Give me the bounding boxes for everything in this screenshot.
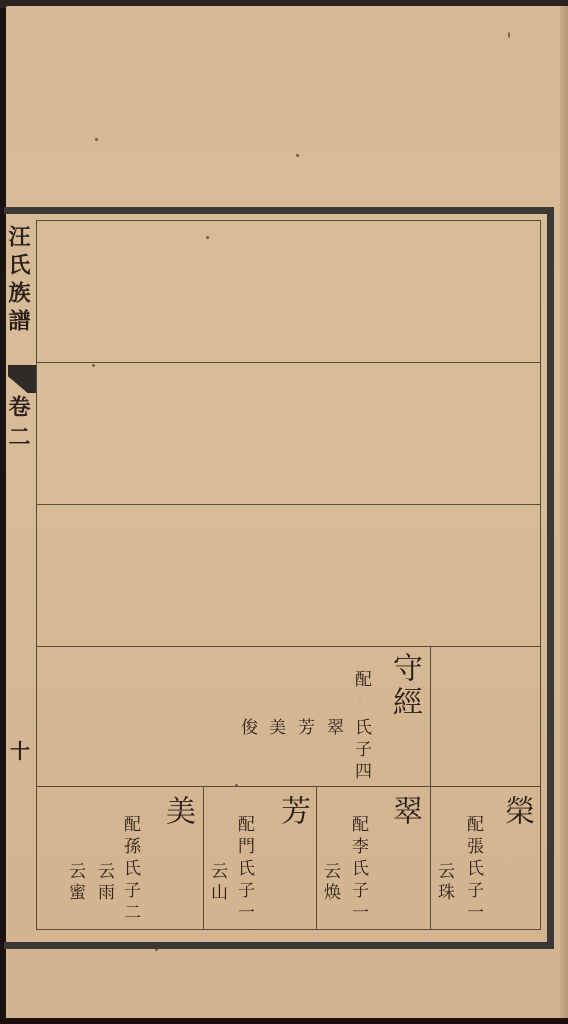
child-name: 芳 [292,718,317,739]
child-name: 云焕 [318,862,343,904]
page-number-mark: 十 [10,735,30,764]
book-title: 汪氏族譜 [8,225,34,337]
child-name: 云珠 [432,862,457,904]
paper-speck [508,32,510,38]
row-divider [36,504,541,505]
column-divider [316,786,317,930]
spouse-info: 配孫氏子二 [118,815,143,925]
child-name: 云山 [205,862,230,904]
person-name: 榮 [494,795,538,829]
person-name: 翠 [382,795,426,829]
child-name: 俊 [235,718,260,739]
spouse-prefix: 配 [349,670,374,692]
page-bottom-edge [0,1018,568,1024]
row-divider [36,646,541,647]
volume-label: 卷二 [8,395,34,455]
person-name: 守經 [382,652,426,720]
spouse-info: 配李氏子一 [346,815,371,925]
column-divider [430,646,431,930]
paper-speck [95,138,98,141]
spouse-surname-faded: · [349,696,369,706]
child-name: 翠 [321,718,346,739]
person-name: 芳 [270,795,314,829]
page-right-edge [560,6,568,1024]
child-name: 云雨 [92,862,117,904]
spouse-suffix: 氏子四 [349,718,374,784]
column-divider [203,786,204,930]
spouse-info: 配門氏子一 [232,815,257,925]
row-divider [36,786,541,787]
row-divider [36,362,541,363]
spouse-info: 配張氏子一 [461,815,486,925]
child-name: 云蜜 [63,862,88,904]
child-name: 美 [263,718,288,739]
paper-speck [296,154,299,157]
person-name: 美 [155,795,199,829]
